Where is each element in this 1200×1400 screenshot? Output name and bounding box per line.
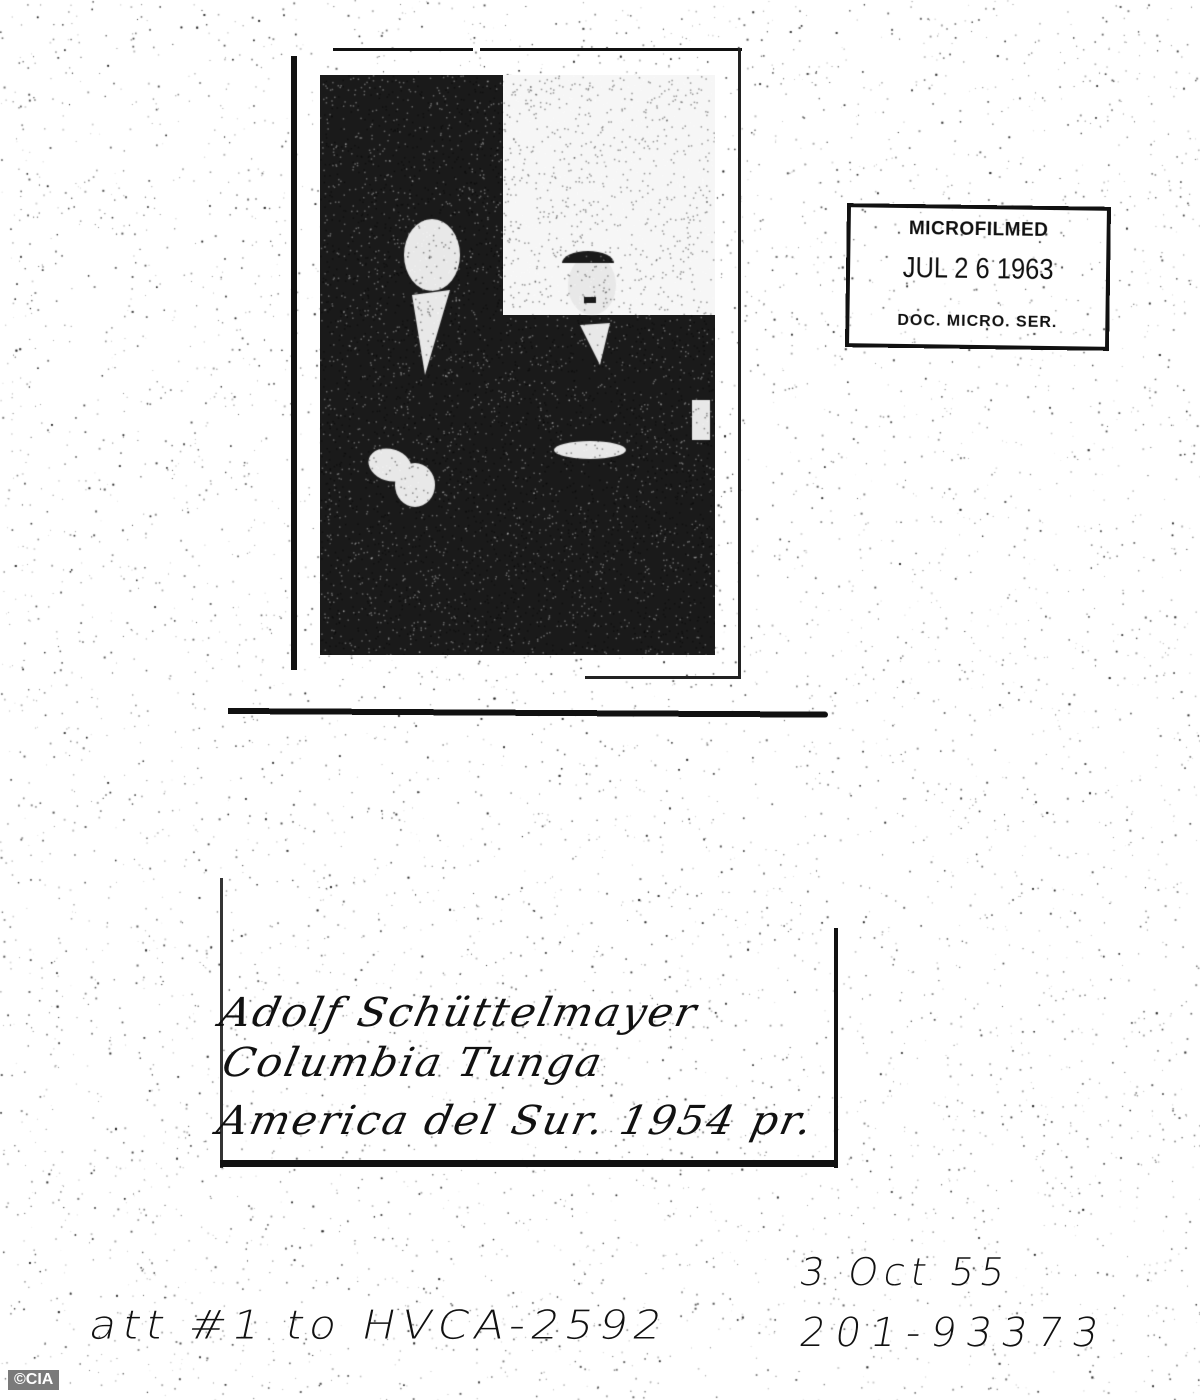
caption-location: Columbia Tunga: [218, 1040, 608, 1086]
photograph-two-men-seated: [320, 75, 715, 655]
attachment-reference: att #1 to HVCA-2592: [85, 1303, 672, 1349]
caption-region-year: America del Sur. 1954 pr.: [213, 1098, 818, 1144]
caption-box-bottom-border: [220, 1160, 838, 1167]
caption-name: Adolf Schüttelmayer: [216, 990, 702, 1036]
microfilmed-stamp: MICROFILMED JUL 2 6 1963 DOC. MICRO. SER…: [845, 203, 1111, 351]
photo-figures: [320, 75, 715, 655]
stamp-title: MICROFILMED: [851, 217, 1107, 243]
caption-box-right-border: [834, 928, 838, 1168]
photo-frame-top-border: [333, 48, 473, 51]
stamp-service: DOC. MICRO. SER.: [849, 311, 1105, 333]
photo-frame-top-border: [480, 48, 742, 51]
photo-frame-right-border: [738, 48, 741, 678]
file-number: 201-93373: [796, 1310, 1112, 1356]
handwritten-date: 3 Oct 55: [796, 1250, 1014, 1294]
image-credit: ©CIA: [8, 1370, 59, 1390]
stamp-date: JUL 2 6 1963: [865, 251, 1091, 287]
photo-frame-left-border: [291, 56, 297, 670]
photo-frame-bottom-border: [585, 676, 741, 679]
